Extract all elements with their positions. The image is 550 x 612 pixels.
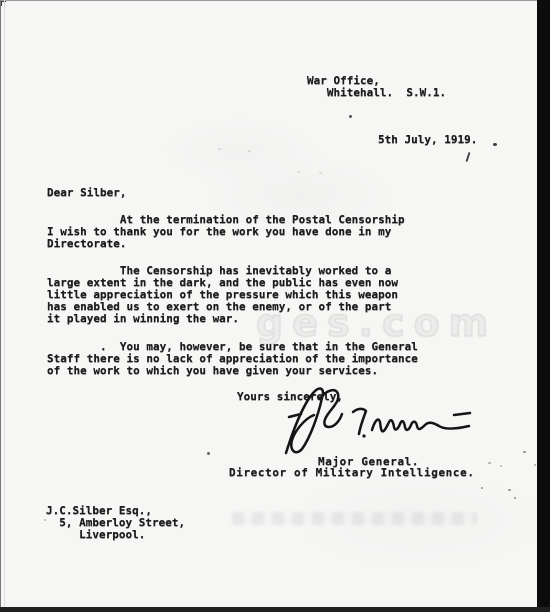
scan-edge-left-inner [4, 0, 5, 612]
recipient-address: J.C.Silber Esq., 5, Amberloy Street, Liv… [46, 505, 185, 541]
scan-edge-left [0, 0, 1, 612]
body-line: of the work to which you have given your… [47, 365, 418, 377]
scan-edge-bottom [0, 607, 550, 612]
ghost-text-smudge [232, 512, 477, 525]
signature-scrawl [268, 385, 483, 460]
sender-address: War Office, Whitehall. S.W.1. [307, 75, 446, 99]
scan-edge-top [0, 0, 550, 1]
paragraph-1: At the termination of the Postal Censors… [47, 214, 405, 250]
paragraph-3: . You may, however, be sure that in the … [47, 341, 418, 377]
body-line: it played in winning the war. [47, 313, 398, 325]
signer-title-office: Director of Military Intelligence. [229, 467, 475, 479]
body-line: Directorate. [47, 238, 405, 250]
letter-date: 5th July, 1919. [378, 134, 477, 146]
salutation: Dear Silber, [47, 187, 126, 199]
sender-address-line2: Whitehall. S.W.1. [307, 87, 446, 99]
scan-edge-right [537, 0, 550, 612]
letter-page: ges.com War Office, Whitehall. S.W.1. 5t… [0, 0, 550, 612]
paragraph-2: The Censorship has inevitably worked to … [47, 265, 398, 325]
recipient-line3: Liverpool. [46, 529, 185, 541]
